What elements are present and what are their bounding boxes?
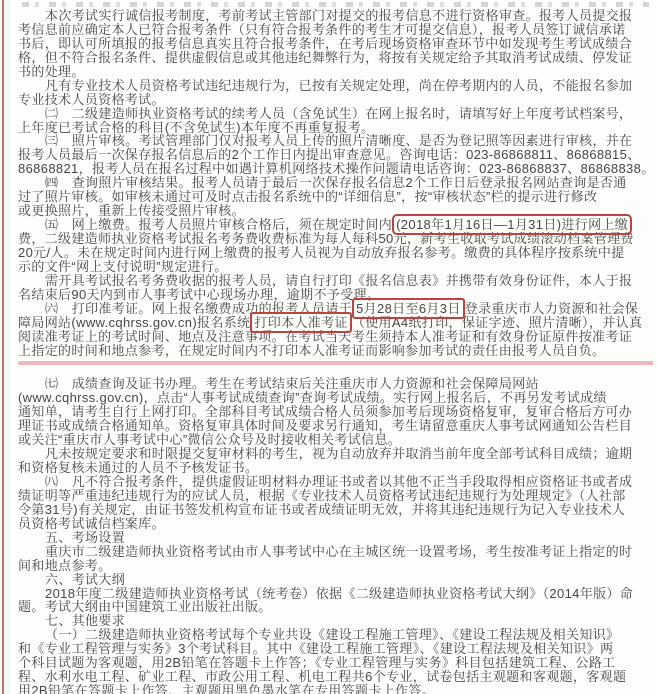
text-segment: 通知单，请考生自行上网打印。全部科目考试成绩合格人员须参加考后现场资格复审，复审… xyxy=(18,404,632,419)
text-segment: 2018年度二级建造师执业资格考试（统考卷）依据《二级建造师执业资格考试大纲》（… xyxy=(45,586,633,601)
text-line: ㈤ 网上缴费。报考人员照片审核合格后，须在规定时间内(2018年1月16日—1月… xyxy=(18,218,653,232)
text-line: 格，但不符合报名条件、提供虚假信息或其他违纪舞弊行为，将按有关规定给予其取消考试… xyxy=(18,51,653,65)
text-segment: 本次考试实行诚信报考制度，考前考试主管部门对提交的报考信息不进行资格审查。报考人… xyxy=(45,8,632,23)
text-segment: 或关注“重庆市人事考试中心”微信公众号及时接收相关考试信息。 xyxy=(18,432,401,447)
text-line: 绩证明等严重违纪违规行为的应试人员，根据《专业技术人员资格考试违纪违规行为处理规… xyxy=(18,489,653,503)
red-annotation-box: 5月28日至6月3日 xyxy=(352,298,465,319)
text-line: 七、其他要求 xyxy=(18,614,653,628)
text-segment: 员资格考试诚信档案库。 xyxy=(18,516,165,531)
text-line: 程、水利水电工程、矿业工程、市政公用工程、机电工程共6个专业，试卷包括主观题和客… xyxy=(18,670,653,684)
text-line: 间和地点参考。 xyxy=(18,559,653,573)
text-segment: (www.cqhrss.gov.cn)，点击“人事考试成绩查询”查询考试成绩。实… xyxy=(18,390,607,405)
text-segment: ㈡ 二级建造师执业资格考试的续考人员（含免试生）在网上报名时，请填写好上年度考试… xyxy=(45,106,632,121)
text-segment: 凡未按规定要求和时限提交复审材料的考生，视为自动放弃并取消当前年度全部考试科目成… xyxy=(45,446,632,461)
text-segment: ㈢ 照片审核。考试管理部门仅对报考人员上传的照片清晰度、是否为登记照等因素进行审… xyxy=(45,133,632,148)
text-segment: 间和地点参考。 xyxy=(18,558,111,573)
text-line: ㈡ 二级建造师执业资格考试的续考人员（含免试生）在网上报名时，请填写好上年度考试… xyxy=(18,107,653,121)
text-segment: 86868821，报考人员在报名过程中如遇计算机网络技术操作问题请电话咨询：02… xyxy=(18,161,653,176)
text-line: 通知单，请考生自行上网打印。全部科目考试成绩合格人员须参加考后现场资格复审，复审… xyxy=(18,405,653,419)
text-line: 或关注“重庆市人事考试中心”微信公众号及时接收相关考试信息。 xyxy=(18,433,653,447)
text-line: (www.cqhrss.gov.cn)，点击“人事考试成绩查询”查询考试成绩。实… xyxy=(18,391,653,405)
section-divider-line xyxy=(18,361,653,365)
text-line: 报考人员最后一次保存报名信息后的2个工作日内提出审查意见。咨询电话：023-86… xyxy=(18,148,653,162)
text-segment: 专业技术人员资格考试。 xyxy=(18,92,165,107)
text-line: 个科目试题为客观题，用2B铅笔在答题卡上作答；《专业工程管理与实务》科目包括建筑… xyxy=(18,656,653,670)
text-line: 86868821，报考人员在报名过程中如遇计算机网络技术操作问题请电话咨询：02… xyxy=(18,162,653,176)
text-line: （一）二级建造师执业资格考试每个专业共设《建设工程施工管理》、《建设工程法规及相… xyxy=(18,628,653,642)
text-segment: 五、考场设置 xyxy=(45,530,125,545)
text-line: ㈦ 成绩查询及证书办理。考生在考试结束后关注重庆市人力资源和社会保障局网站 xyxy=(18,377,653,391)
text-segment: 考信息前应确定本人已符合报考条件（只有符合报考条件的考生才可提交信息），报考人员… xyxy=(18,22,626,37)
text-line: 和《专业工程管理与实务》3个考试科目。其中《建设工程施工管理》、《建设工程法规及… xyxy=(18,642,653,656)
left-margin-tint xyxy=(4,0,10,694)
text-line: ㈣ 查询照片审核结果。报考人员请于最后一次保存报名信息2个工作日后登录报名网站查… xyxy=(18,176,653,190)
text-line: 用2B铅笔在答题卡上作答，主观题用黑色墨水笔在专用答题卡上作答。 xyxy=(18,684,653,694)
text-segment: 用2B铅笔在答题卡上作答，主观题用黑色墨水笔在专用答题卡上作答。 xyxy=(18,683,435,694)
text-line: 2018年度二级建造师执业资格考试（统考卷）依据《二级建造师执业资格考试大纲》（… xyxy=(18,587,653,601)
red-annotation-box: (2018年1月16日—1月31日)进行网上缴 xyxy=(392,214,632,235)
text-segment: 示的文件“网上支付说明”规定进行。 xyxy=(18,259,228,274)
text-segment: 书后，即认可所填报的报考信息真实且符合报考条件，在考后现场资格审查环节中如发现考… xyxy=(18,36,632,51)
text-segment: 格，但不符合报名条件、提供虚假信息或其他违纪舞弊行为，将按有关规定给予其取消考试… xyxy=(18,50,632,65)
text-segment: 和《专业工程管理与实务》3个考试科目。其中《建设工程施工管理》、《建设工程法规及… xyxy=(18,641,613,656)
text-segment: 七、其他要求 xyxy=(45,613,125,628)
text-segment: ㈧ 凡不符合报考条件，提供虚假证明材料办理证书或者以其他不正当手段取得相应资格证… xyxy=(45,474,632,489)
text-line: 专业技术人员资格考试。 xyxy=(18,93,653,107)
text-line: 上指定的时间和地点参考，在规定时间内不打印本人准考证而影响参加考试的责任由报考人… xyxy=(18,344,653,358)
text-segment: 凡有专业技术人员资格考试违纪违规行为，已按有关规定处理，尚在停考期内的人员，不能… xyxy=(45,78,632,93)
text-segment: 个科目试题为客观题，用2B铅笔在答题卡上作答；《专业工程管理与实务》科目包括建筑… xyxy=(18,655,616,670)
text-line: 凡未按规定要求和时限提交复审材料的考生，视为自动放弃并取消当前年度全部考试科目成… xyxy=(18,447,653,461)
text-line: 名结束后90天内到市人事考试中心现场办理，逾期不予受理。 xyxy=(18,288,653,302)
text-line: 题。考试大纲由中国建筑工业出版社出版。 xyxy=(18,600,653,614)
text-line: 书后，即认可所填报的报考信息真实且符合报考条件，在考后现场资格审查环节中如发现考… xyxy=(18,37,653,51)
text-segment: ㈤ 网上缴费。报考人员照片审核合格后，须在规定时间内 xyxy=(45,217,392,232)
text-segment: 令第31号)有关规定，由证书签发机构宣布证书或者成绩证明无效，并将其违纪违规行为… xyxy=(18,502,625,517)
text-segment: ㈦ 成绩查询及证书办理。考生在考试结束后关注重庆市人力资源和社会保障局网站 xyxy=(45,376,539,391)
text-segment: 题。考试大纲由中国建筑工业出版社出版。 xyxy=(18,599,272,614)
text-line: 六、考试大纲 xyxy=(18,573,653,587)
text-line: 凡有专业技术人员资格考试违纪违规行为，已按有关规定处理，尚在停考期内的人员，不能… xyxy=(18,79,653,93)
text-segment: 书的处理。 xyxy=(18,64,85,79)
document-body: 本次考试实行诚信报考制度，考前考试主管部门对提交的报考信息不进行资格审查。报考人… xyxy=(18,2,653,694)
text-segment: 名结束后90天内到市人事考试中心现场办理，逾期不予受理。 xyxy=(18,287,380,302)
text-segment: 绩证明等严重违纪违规行为的应试人员，根据《专业技术人员资格考试违纪违规行为处理规… xyxy=(18,488,626,503)
text-line: 和资格复核未通过的人员不予核发证书。 xyxy=(18,461,653,475)
text-segment: 报考人员最后一次保存报名信息后的2个工作日内提出审查意见。咨询电话：023-86… xyxy=(18,147,641,162)
text-segment: （一）二级建造师执业资格考试每个专业共设《建设工程施工管理》、《建设工程法规及相… xyxy=(45,627,619,642)
text-line: 员资格考试诚信档案库。 xyxy=(18,517,653,531)
text-segment: ㈣ 查询照片审核结果。报考人员请于最后一次保存报名信息2个工作日后登录报名网站查… xyxy=(45,175,627,190)
text-segment: 登录重庆市人力资源和社会保 xyxy=(465,301,639,316)
text-line: 障局网站(www.cqhrss.gov.cn)报名系统打印本人准考证（使用A4纸… xyxy=(18,316,653,330)
text-line: 书的处理。 xyxy=(18,65,653,79)
text-line: 20元/人。未在规定时间内进行网上缴费的报考人员视为自动放弃报名参考。缴费的具体… xyxy=(18,246,653,260)
text-segment: 20元/人。未在规定时间内进行网上缴费的报考人员视为自动放弃报名参考。缴费的具体… xyxy=(18,245,625,260)
text-segment: 重庆市二级建造师执业资格考试由市人事考试中心在主城区统一设置考场，考生按准考证上… xyxy=(45,544,632,559)
text-segment: 理证书或成绩合格通知单。资格复审具体时间及要求另行通知，考生请留意重庆人事考试网… xyxy=(18,418,632,433)
text-line: 本次考试实行诚信报考制度，考前考试主管部门对提交的报考信息不进行资格审查。报考人… xyxy=(18,9,653,23)
text-segment: 程、水利水电工程、矿业工程、市政公用工程、机电工程共6个专业，试卷包括主观题和客… xyxy=(18,669,626,684)
text-line: 示的文件“网上支付说明”规定进行。 xyxy=(18,260,653,274)
text-line: 理证书或成绩合格通知单。资格复审具体时间及要求另行通知，考生请留意重庆人事考试网… xyxy=(18,419,653,433)
text-line: 需开具考试报名考务费收据的报考人员，请自行打印《报名信息表》并携带有效身份证件，… xyxy=(18,274,653,288)
text-segment: 需开具考试报名考务费收据的报考人员，请自行打印《报名信息表》并携带有效身份证件，… xyxy=(45,273,632,288)
text-line: 重庆市二级建造师执业资格考试由市人事考试中心在主城区统一设置考场，考生按准考证上… xyxy=(18,545,653,559)
text-segment: 上年度已考试合格的科目(不含免试生)本年度不再重复报考。 xyxy=(18,120,374,135)
text-line: 五、考场设置 xyxy=(18,531,653,545)
document-page: 本次考试实行诚信报考制度，考前考试主管部门对提交的报考信息不进行资格审查。报考人… xyxy=(0,0,657,694)
red-annotation-box: 打印本人准考证 xyxy=(250,312,351,333)
text-segment: 过了照片审核。如审核未通过可及时点击报名系统中的“详细信息”，按“审核状态”栏的… xyxy=(18,189,597,204)
text-line: 上年度已考试合格的科目(不含免试生)本年度不再重复报考。 xyxy=(18,121,653,135)
text-line: 考信息前应确定本人已符合报考条件（只有符合报考条件的考生才可提交信息），报考人员… xyxy=(18,23,653,37)
text-segment: 上指定的时间和地点参考，在规定时间内不打印本人准考证而影响参加考试的责任由报考人… xyxy=(18,343,605,358)
clipped-text-top xyxy=(22,2,649,7)
text-segment: 和资格复核未通过的人员不予核发证书。 xyxy=(18,460,258,475)
text-line: 令第31号)有关规定，由证书签发机构宣布证书或者成绩证明无效，并将其违纪违规行为… xyxy=(18,503,653,517)
text-segment: 六、考试大纲 xyxy=(45,572,125,587)
text-segment: 障局网站(www.cqhrss.gov.cn)报名系统 xyxy=(18,315,250,330)
text-line: ㈧ 凡不符合报考条件，提供虚假证明材料办理证书或者以其他不正当手段取得相应资格证… xyxy=(18,475,653,489)
text-line: 过了照片审核。如审核未通过可及时点击报名系统中的“详细信息”，按“审核状态”栏的… xyxy=(18,190,653,204)
text-line: ㈢ 照片审核。考试管理部门仅对报考人员上传的照片清晰度、是否为登记照等因素进行审… xyxy=(18,134,653,148)
text-segment: 或更换照片，重新上传接受照片审核。 xyxy=(18,203,245,218)
